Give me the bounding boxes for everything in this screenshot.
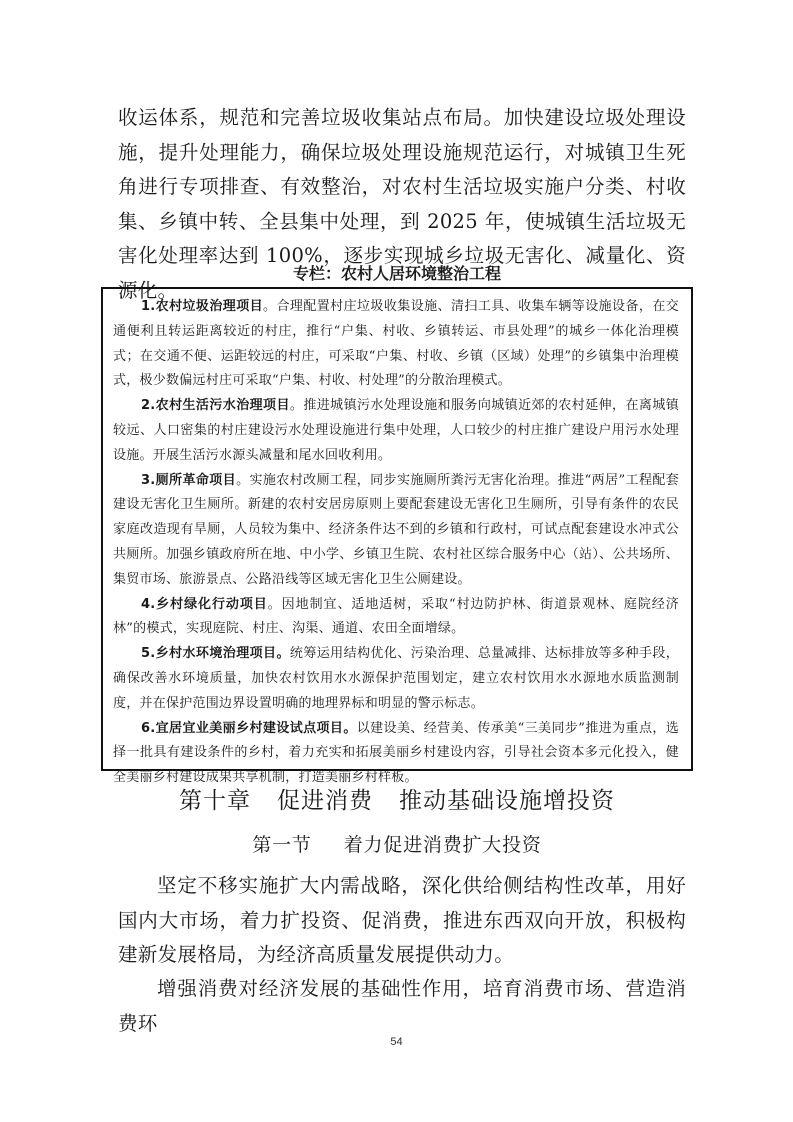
chapter-heading: 第十章促进消费推动基础设施增投资 <box>101 783 693 819</box>
chapter-number: 第十章 <box>179 788 251 814</box>
column-item-2: 2.农村生活污水治理项目。推进城镇污水处理设施和服务向城镇近郊的农村延伸，在离城… <box>113 394 679 468</box>
chapter-title-part1: 促进消费 <box>277 788 373 814</box>
section-number: 第一节 <box>252 834 311 856</box>
document-page: 收运体系，规范和完善垃圾收集站点布局。加快建设垃圾处理设施，提升处理能力，确保垃… <box>0 0 793 1122</box>
column-item-4: 4.乡村绿化行动项目。因地制宜、适地适树，采取“村边防护林、街道景观林、庭院经济… <box>113 593 679 643</box>
column-item-lead: 6.宜居宜业美丽乡村建设试点项目。 <box>141 721 357 736</box>
column-item-lead: 1.农村垃圾治理项目 <box>141 299 263 314</box>
column-item-lead: 5.乡村水环境治理项目。 <box>141 646 290 661</box>
body-paragraph-2: 增强消费对经济发展的基础性作用，培育消费市场、营造消费环 <box>118 972 686 1041</box>
page-number: 54 <box>0 1036 793 1048</box>
column-item-lead: 3.厕所革命项目 <box>141 473 236 488</box>
column-item-lead: 2.农村生活污水治理项目 <box>141 398 290 413</box>
column-item-5: 5.乡村水环境治理项目。统筹运用结构优化、污染治理、总量减排、达标排放等多种手段… <box>113 642 679 716</box>
special-column-box: 1.农村垃圾治理项目。合理配置村庄垃圾收集设施、清扫工具、收集车辆等设施设备，在… <box>101 287 693 771</box>
column-item-6: 6.宜居宜业美丽乡村建设试点项目。以建设美、经营美、传承美“三美同步”推进为重点… <box>113 717 679 791</box>
column-item-lead: 4.乡村绿化行动项目 <box>141 597 268 612</box>
section-title: 着力促进消费扩大投资 <box>344 834 542 856</box>
column-item-3: 3.厕所革命项目。实施农村改厕工程，同步实施厕所粪污无害化治理。推进“两居”工程… <box>113 469 679 593</box>
column-item-text: 。实施农村改厕工程，同步实施厕所粪污无害化治理。推进“两居”工程配套建设无害化卫… <box>113 473 679 587</box>
chapter-title-part2: 推动基础设施增投资 <box>399 788 615 814</box>
special-column-title: 专栏：农村人居环境整治工程 <box>101 262 693 286</box>
column-item-1: 1.农村垃圾治理项目。合理配置村庄垃圾收集设施、清扫工具、收集车辆等设施设备，在… <box>113 295 679 394</box>
section-heading: 第一节着力促进消费扩大投资 <box>101 830 693 860</box>
body-paragraph-1: 坚定不移实施扩大内需战略，深化供给侧结构性改革，用好国内大市场，着力扩投资、促消… <box>118 869 686 973</box>
